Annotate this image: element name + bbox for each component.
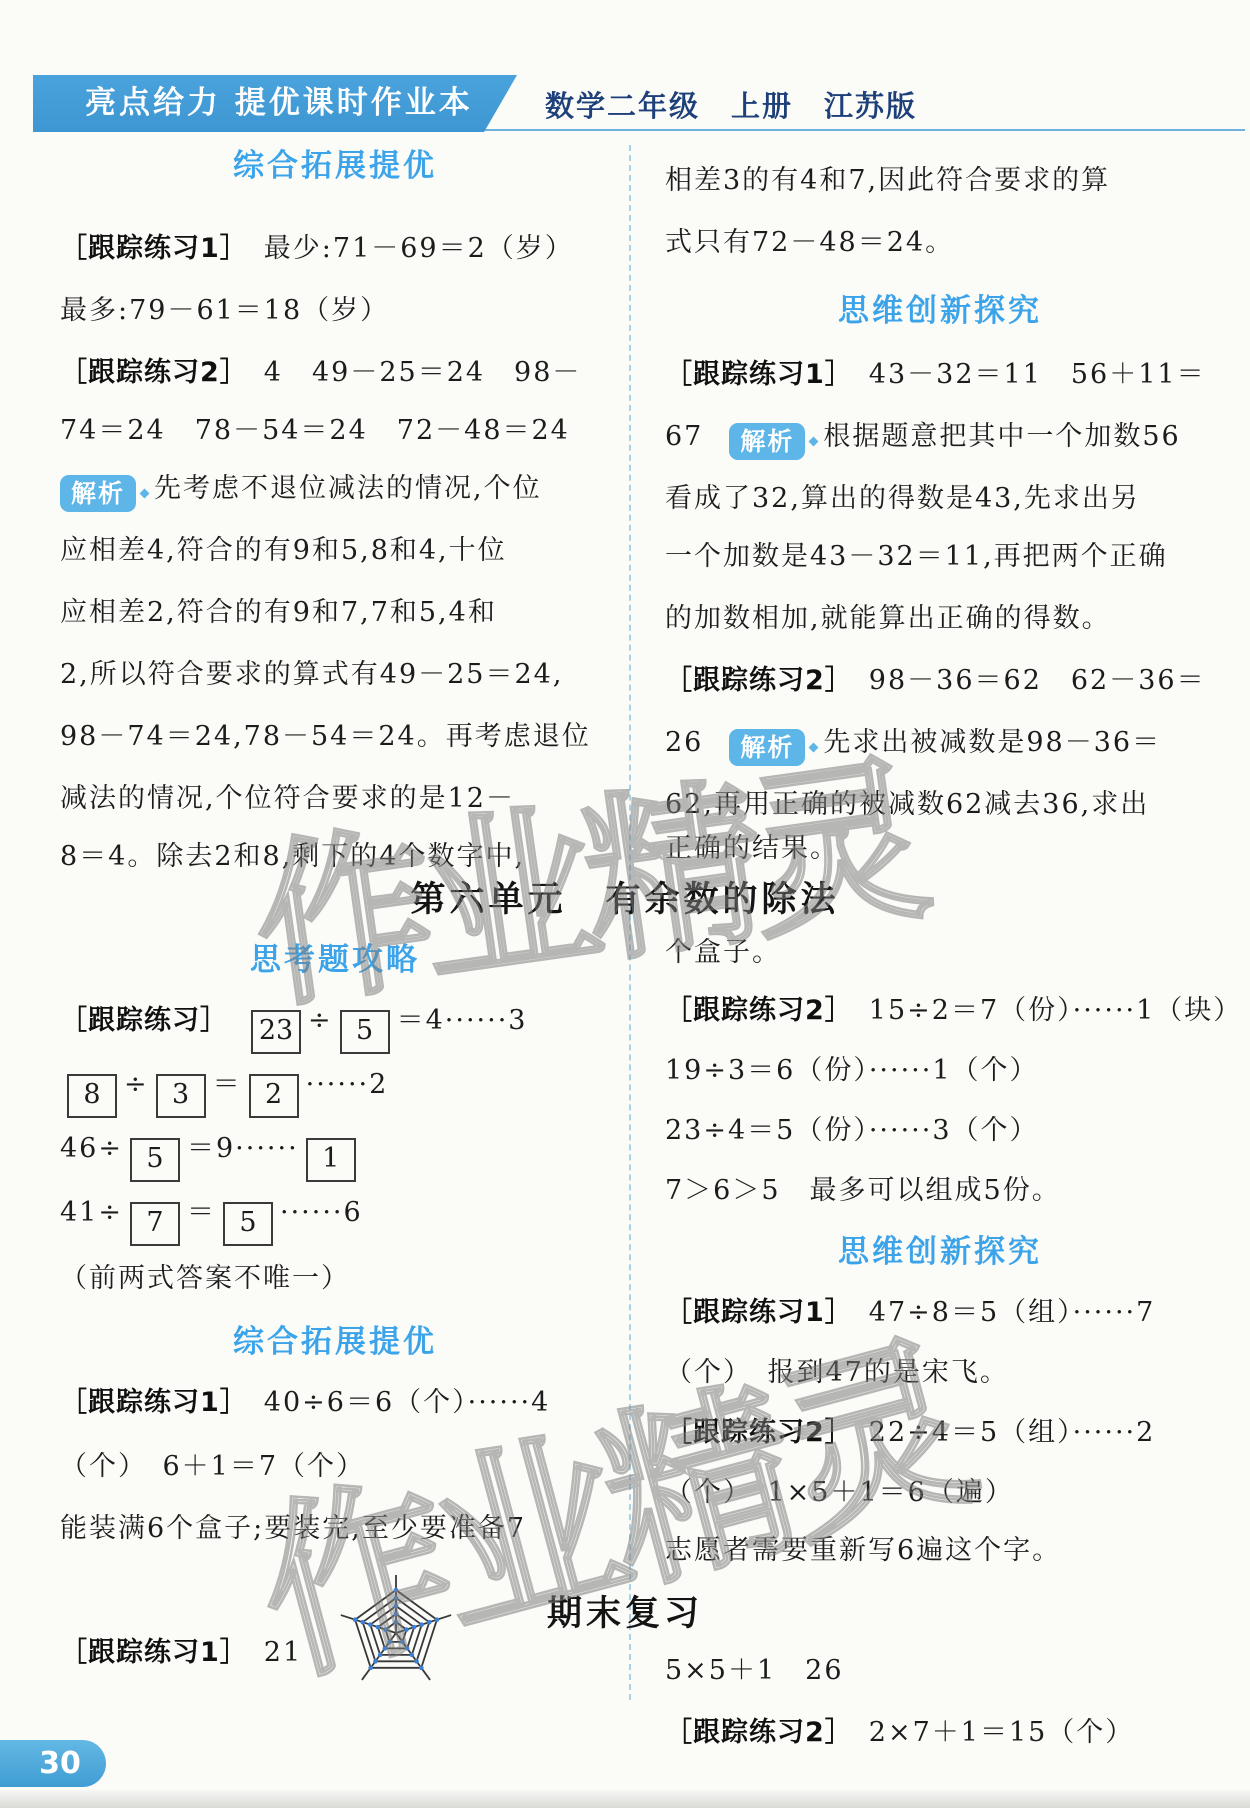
answer-text: 4 49－25＝24 98－ <box>264 357 582 388</box>
answer-text: ＝4······3 <box>397 1005 528 1036</box>
practice-label: ［跟踪练习2］ <box>665 1717 853 1748</box>
answer-line: ［跟踪练习1］最少:71－69＝2（岁） <box>60 226 574 265</box>
answer-text: 最多:79－61＝18（岁） <box>60 295 389 326</box>
answer-text: 个盒子。 <box>665 937 781 968</box>
practice-label: ［跟踪练习］ <box>60 1005 228 1036</box>
answer-line: （个） 1×5＋1＝6（遍） <box>665 1470 1014 1509</box>
subsection-heading: 综合拓展提优 <box>60 140 610 185</box>
answer-line: ［跟踪练习1］43－32＝11 56＋11＝ <box>665 352 1206 391</box>
answer-line: 减法的情况,个位符合要求的是12－ <box>60 776 515 815</box>
answer-text: ＝9······ <box>187 1133 299 1164</box>
answer-text: 74＝24 78－54＝24 72－48＝24 <box>60 415 570 446</box>
analysis-badge: 解析 <box>60 475 136 512</box>
answer-line: 67解析根据题意把其中一个加数56 <box>665 414 1181 460</box>
section-heading-unit6: 第六单元 有余数的除法 <box>20 872 1230 922</box>
answer-text: 41÷ <box>60 1197 123 1228</box>
answer-line: 一个加数是43－32＝11,再把两个正确 <box>665 534 1168 573</box>
practice-label: ［跟踪练习2］ <box>665 1417 853 1448</box>
answer-text: 15÷2＝7（份）······1（块） <box>869 995 1243 1026</box>
answer-text: 看成了32,算出的得数是43,先求出另 <box>665 483 1140 514</box>
answer-line: 志愿者需要重新写6遍这个字。 <box>665 1528 1061 1567</box>
answer-text: 根据题意把其中一个加数56 <box>823 421 1180 452</box>
answer-text: ······6 <box>280 1197 363 1228</box>
answer-line: 5×5＋1 26 <box>665 1648 844 1687</box>
answer-text: 67 <box>665 421 703 452</box>
scan-edge-shadow <box>0 1790 1250 1808</box>
answer-text: 2,所以符合要求的算式有49－25＝24, <box>60 659 563 690</box>
answer-text: 应相差2,符合的有9和7,7和5,4和 <box>60 597 497 628</box>
answer-line: 19÷3＝6（份）······1（个） <box>665 1048 1039 1087</box>
number-box: 5 <box>223 1202 273 1246</box>
practice-label: ［跟踪练习1］ <box>60 233 248 264</box>
analysis-badge: 解析 <box>729 423 805 460</box>
answer-text: 7＞6＞5 最多可以组成5份。 <box>665 1175 1061 1206</box>
answer-line: （个） 6＋1＝7（个） <box>60 1444 365 1483</box>
answer-line: ［跟踪练习1］40÷6＝6（个）······4 <box>60 1380 550 1419</box>
answer-line: 看成了32,算出的得数是43,先求出另 <box>665 476 1140 515</box>
answer-line: 的加数相加,就能算出正确的得数。 <box>665 596 1111 635</box>
answer-line: 相差3的有4和7,因此符合要求的算 <box>665 158 1110 197</box>
answer-line: ［跟踪练习1］47÷8＝5（组）······7 <box>665 1290 1155 1329</box>
answer-text: （个） 报到47的是宋飞。 <box>665 1357 1009 1388</box>
answer-line: ［跟踪练习2］4 49－25＝24 98－ <box>60 350 581 389</box>
answer-text: 23÷4＝5（份）······3（个） <box>665 1115 1039 1146</box>
answer-text: ······2 <box>306 1069 389 1100</box>
answer-line: （个） 报到47的是宋飞。 <box>665 1350 1009 1389</box>
answer-text: 正确的结果。 <box>665 833 839 864</box>
answer-text: 47÷8＝5（组）······7 <box>869 1297 1156 1328</box>
number-box: 5 <box>340 1010 390 1054</box>
number-box: 8 <box>67 1074 117 1118</box>
answer-text: 2×7＋1＝15（个） <box>869 1717 1135 1748</box>
brand-banner: 亮点给力 提优课时作业本 <box>33 75 517 132</box>
practice-label: ［跟踪练习2］ <box>665 995 853 1026</box>
answer-text: 减法的情况,个位符合要求的是12－ <box>60 783 515 814</box>
column-divider <box>629 145 631 1700</box>
answer-text: 能装满6个盒子;要装完,至少要准备7 <box>60 1513 526 1544</box>
answer-line: 7＞6＞5 最多可以组成5份。 <box>665 1168 1061 1207</box>
practice-label: ［跟踪练习2］ <box>60 357 248 388</box>
answer-line: 41÷7＝5······6 <box>60 1190 363 1246</box>
answer-text: 98－74＝24,78－54＝24。再考虑退位 <box>60 721 591 752</box>
answer-text: 8＝4。除去2和8,剩下的4个数字中, <box>60 841 525 872</box>
answer-line: 8＝4。除去2和8,剩下的4个数字中, <box>60 834 525 873</box>
number-box: 1 <box>306 1138 356 1182</box>
answer-line: 62,再用正确的被减数62减去36,求出 <box>665 782 1149 821</box>
analysis-badge: 解析 <box>729 729 805 766</box>
operator: ÷ <box>308 1005 333 1036</box>
answer-text: 62,再用正确的被减数62减去36,求出 <box>665 789 1149 820</box>
number-box: 3 <box>156 1074 206 1118</box>
answer-line: 式只有72－48＝24。 <box>665 220 954 259</box>
answer-text: 应相差4,符合的有9和5,8和4,十位 <box>60 535 507 566</box>
answer-line: 2,所以符合要求的算式有49－25＝24, <box>60 652 563 691</box>
practice-label: ［跟踪练习1］ <box>60 1637 248 1668</box>
answer-line: 应相差2,符合的有9和7,7和5,4和 <box>60 590 497 629</box>
answer-line: 应相差4,符合的有9和5,8和4,十位 <box>60 528 507 567</box>
answer-text: 式只有72－48＝24。 <box>665 227 954 258</box>
answer-text: （个） 1×5＋1＝6（遍） <box>665 1477 1014 1508</box>
answer-line: 98－74＝24,78－54＝24。再考虑退位 <box>60 714 591 753</box>
answer-line: 解析先考虑不退位减法的情况,个位 <box>60 466 542 512</box>
answer-text: 26 <box>665 727 703 758</box>
answer-text: 19÷3＝6（份）······1（个） <box>665 1055 1039 1086</box>
operator: ＝ <box>213 1069 242 1100</box>
answer-line: 46÷5＝9······1 <box>60 1126 363 1182</box>
answer-line: 个盒子。 <box>665 930 781 969</box>
answer-text: 相差3的有4和7,因此符合要求的算 <box>665 165 1110 196</box>
answer-text: 22÷4＝5（组）······2 <box>869 1417 1156 1448</box>
answer-text: 一个加数是43－32＝11,再把两个正确 <box>665 541 1168 572</box>
answer-text: 46÷ <box>60 1133 123 1164</box>
answer-text: 21 <box>264 1637 302 1668</box>
subsection-heading: 思维创新探究 <box>665 1226 1215 1271</box>
page-number-badge: 30 <box>0 1740 106 1787</box>
answer-text: 43－32＝11 56＋11＝ <box>869 359 1206 390</box>
section-heading-final-review: 期末复习 <box>20 1586 1230 1636</box>
answer-line: 8÷3＝2······2 <box>60 1062 388 1118</box>
practice-label: ［跟踪练习2］ <box>665 665 853 696</box>
answer-line: 能装满6个盒子;要装完,至少要准备7 <box>60 1506 526 1545</box>
answer-text: 98－36＝62 62－36＝ <box>869 665 1206 696</box>
answer-line: ［跟踪练习2］15÷2＝7（份）······1（块） <box>665 988 1242 1027</box>
answer-text: 5×5＋1 26 <box>665 1655 844 1686</box>
number-box: 5 <box>130 1138 180 1182</box>
subsection-heading: 综合拓展提优 <box>60 1316 610 1361</box>
subsection-heading: 思考题攻略 <box>60 934 610 979</box>
answer-line: 26解析先求出被减数是98－36＝ <box>665 720 1161 766</box>
answer-line: 23÷4＝5（份）······3（个） <box>665 1108 1039 1147</box>
answer-text: 先求出被减数是98－36＝ <box>823 727 1161 758</box>
practice-label: ［跟踪练习1］ <box>665 359 853 390</box>
answer-line: 最多:79－61＝18（岁） <box>60 288 389 327</box>
answer-text: （前两式答案不唯一） <box>60 1263 350 1294</box>
workbook-page: 亮点给力 提优课时作业本 数学二年级 上册 江苏版 作业精灵 作业精灵 综合拓展… <box>0 0 1250 1808</box>
answer-text: 最少:71－69＝2（岁） <box>264 233 574 264</box>
operator: ÷ <box>124 1069 149 1100</box>
answer-text: 的加数相加,就能算出正确的得数。 <box>665 603 1111 634</box>
number-box: 7 <box>130 1202 180 1246</box>
answer-text: 志愿者需要重新写6遍这个字。 <box>665 1535 1061 1566</box>
answer-line: 正确的结果。 <box>665 826 839 865</box>
subsection-heading: 思维创新探究 <box>665 285 1215 330</box>
answer-text: 40÷6＝6（个）······4 <box>264 1387 551 1418</box>
edition-title: 数学二年级 上册 江苏版 <box>545 84 917 125</box>
number-box: 2 <box>249 1074 299 1118</box>
practice-label: ［跟踪练习1］ <box>60 1387 248 1418</box>
answer-line: ［跟踪练习2］22÷4＝5（组）······2 <box>665 1410 1155 1449</box>
answer-line: ［跟踪练习］23÷5＝4······3 <box>60 998 527 1054</box>
answer-line: ［跟踪练习2］98－36＝62 62－36＝ <box>665 658 1206 697</box>
practice-label: ［跟踪练习1］ <box>665 1297 853 1328</box>
answer-text: （个） 6＋1＝7（个） <box>60 1451 365 1482</box>
answer-line: ［跟踪练习2］2×7＋1＝15（个） <box>665 1710 1134 1749</box>
operator: ＝ <box>187 1197 216 1228</box>
number-box: 23 <box>251 1010 301 1054</box>
answer-line: （前两式答案不唯一） <box>60 1256 350 1295</box>
answer-text: 先考虑不退位减法的情况,个位 <box>154 473 542 504</box>
answer-line: 74＝24 78－54＝24 72－48＝24 <box>60 408 570 447</box>
